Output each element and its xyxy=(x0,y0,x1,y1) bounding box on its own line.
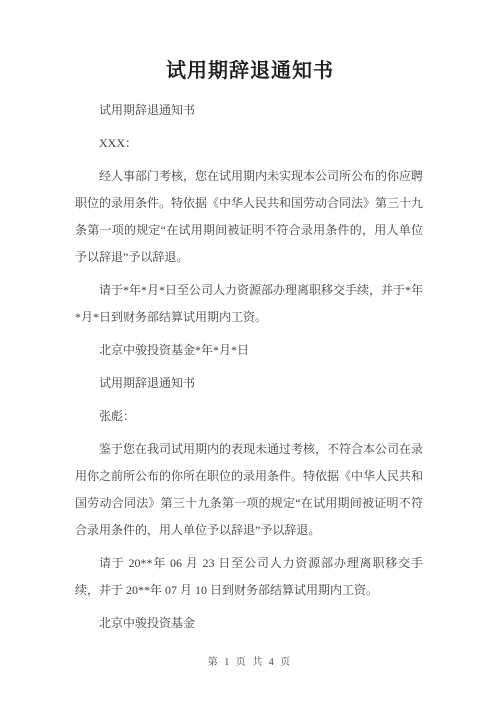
document-title: 试用期辞退通知书 xyxy=(0,58,500,84)
paragraph-handover-instructions-2: 请于 20**年 06 月 23 日至公司人力资源部办理离职移交手续，并于 20… xyxy=(75,550,423,604)
page-number-indicator: 第 1 页 共 4 页 xyxy=(0,656,500,670)
paragraph-subtitle: 试用期辞退通知书 xyxy=(75,97,423,124)
paragraph-salutation: XXX： xyxy=(75,130,423,157)
document-page: 试用期辞退通知书 试用期辞退通知书 XXX： 经人事部门考核，您在试用期内未实现… xyxy=(0,0,500,707)
paragraph-handover-instructions: 请于*年*月*日至公司人力资源部办理离职移交手续，并于*年*月*日到财务部结算试… xyxy=(75,277,423,331)
paragraph-subtitle-2: 试用期辞退通知书 xyxy=(75,370,423,397)
paragraph-company-signature-date: 北京中骏投资基金*年*月*日 xyxy=(75,337,423,364)
paragraph-salutation-2: 张彪： xyxy=(75,403,423,430)
paragraph-dismissal-reason-2: 鉴于您在我司试用期内的表现未通过考核，不符合本公司在录用你之前所公布的你所在职位… xyxy=(75,436,423,544)
document-body: 试用期辞退通知书 XXX： 经人事部门考核，您在试用期内未实现本公司所公布的你应… xyxy=(75,97,423,637)
paragraph-company-signature: 北京中骏投资基金 xyxy=(75,610,423,637)
paragraph-dismissal-reason: 经人事部门考核，您在试用期内未实现本公司所公布的你应聘职位的录用条件。特依据《中… xyxy=(75,163,423,271)
